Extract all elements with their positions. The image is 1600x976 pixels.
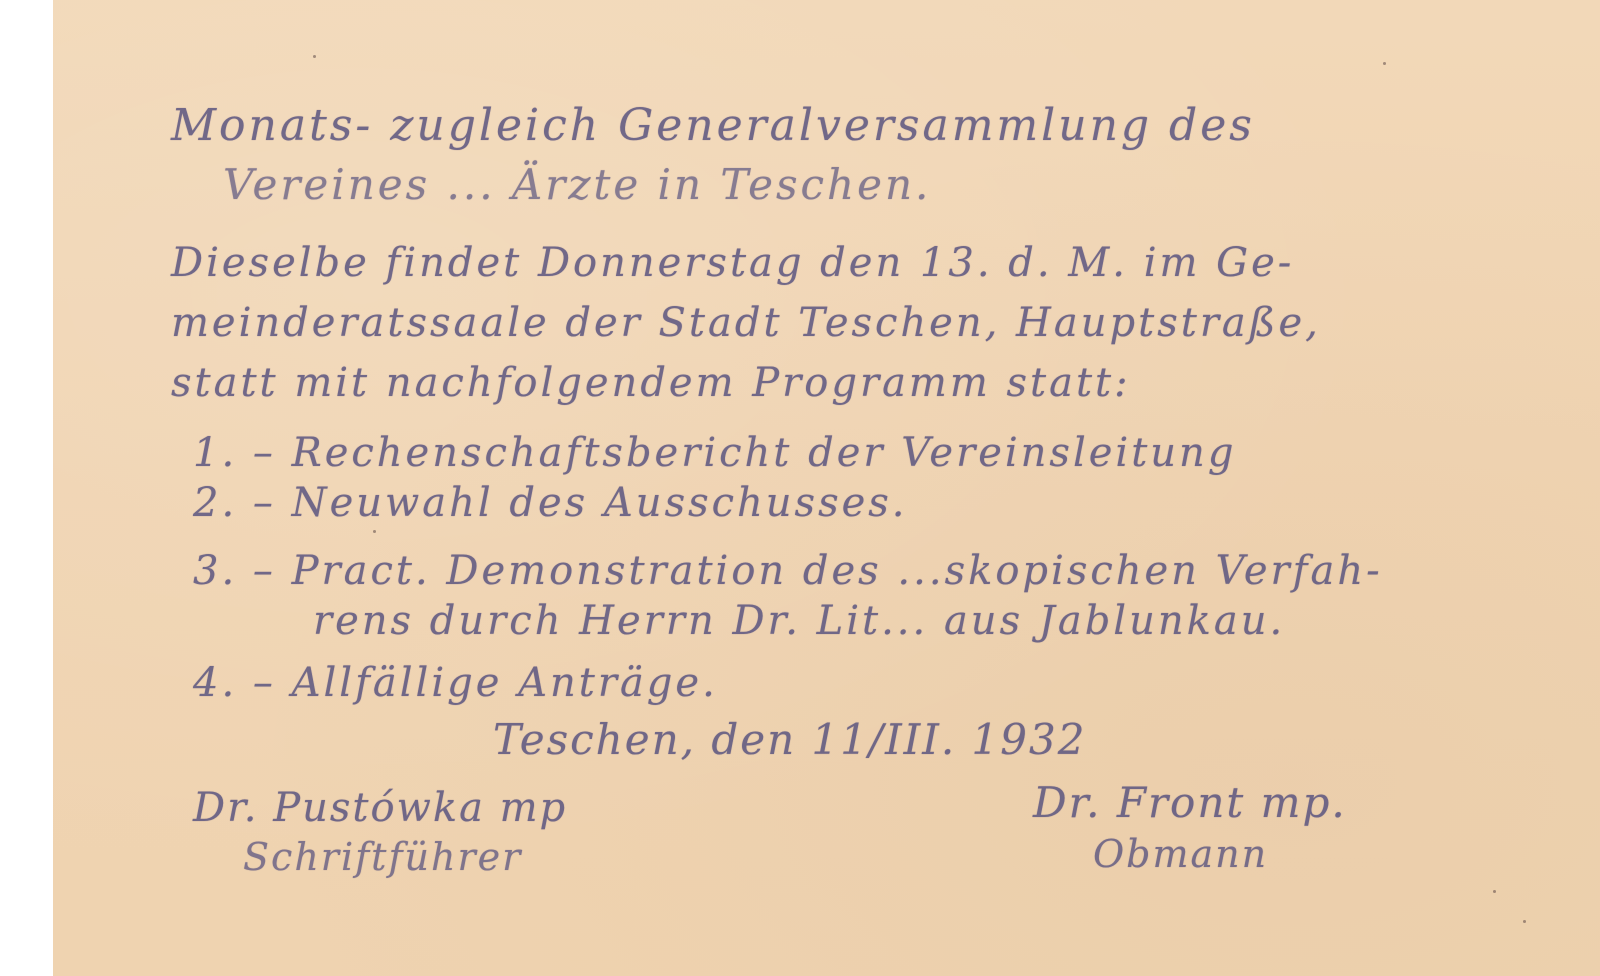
- agenda-number: 2.: [193, 480, 237, 526]
- postcard: Monats- zugleich Generalversammlung des …: [53, 0, 1600, 976]
- body-line-3: statt mit nachfolgendem Programm statt:: [171, 360, 1131, 406]
- body-line-1: Dieselbe findet Donnerstag den 13. d. M.…: [171, 240, 1294, 286]
- signature-secretary: Dr. Pustówka mp: [193, 785, 567, 831]
- paper-speck: [1493, 890, 1496, 893]
- agenda-item-4: 4. – Allfällige Anträge.: [193, 660, 718, 706]
- paper-speck: [373, 530, 376, 533]
- paper-speck: [1523, 920, 1526, 923]
- agenda-text: – Allfällige Anträge.: [253, 660, 718, 706]
- agenda-text: – Rechenschaftsbericht der Vereinsleitun…: [253, 430, 1237, 476]
- paper-speck: [1383, 62, 1386, 65]
- heading-line-1: Monats- zugleich Generalversammlung des: [171, 100, 1255, 151]
- body-line-2: meinderatssaale der Stadt Teschen, Haupt…: [171, 300, 1321, 346]
- agenda-number: 3.: [193, 548, 237, 594]
- agenda-text: – Neuwahl des Ausschusses.: [253, 480, 908, 526]
- agenda-item-3-continuation: rens durch Herrn Dr. Lit... aus Jablunka…: [313, 598, 1285, 644]
- agenda-item-2: 2. – Neuwahl des Ausschusses.: [193, 480, 908, 526]
- agenda-item-3: 3. – Pract. Demonstration des ...skopisc…: [193, 548, 1383, 594]
- place-date: Teschen, den 11/III. 1932: [493, 715, 1086, 764]
- role-secretary: Schriftführer: [243, 835, 522, 879]
- heading-line-2: Vereines ... Ärzte in Teschen.: [223, 160, 931, 209]
- agenda-text: – Pract. Demonstration des ...skopischen…: [253, 548, 1383, 594]
- agenda-number: 1.: [193, 430, 237, 476]
- signature-chairman: Dr. Front mp.: [1033, 778, 1347, 827]
- page: Monats- zugleich Generalversammlung des …: [0, 0, 1600, 976]
- role-chairman: Obmann: [1093, 832, 1268, 876]
- agenda-item-1: 1. – Rechenschaftsbericht der Vereinslei…: [193, 430, 1236, 476]
- agenda-number: 4.: [193, 660, 237, 706]
- paper-speck: [313, 55, 316, 58]
